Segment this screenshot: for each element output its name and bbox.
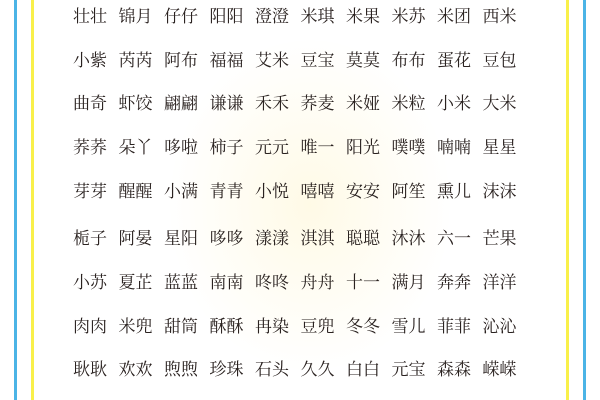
name-item: 咚咚: [255, 271, 301, 295]
name-item: 熏儿: [437, 180, 483, 204]
name-item: 壮壮: [73, 5, 119, 29]
name-item: 哆哆: [210, 227, 256, 251]
name-item: 嵘嵘: [483, 358, 529, 382]
name-item: 洋洋: [483, 271, 529, 295]
name-item: 柿子: [210, 136, 256, 160]
name-item: 沫沫: [483, 180, 529, 204]
name-item: 米果: [346, 5, 392, 29]
name-item: 米娅: [346, 92, 392, 116]
name-item: 唯一: [301, 136, 347, 160]
name-item: 米苏: [392, 5, 438, 29]
name-item: 豆兜: [301, 315, 347, 339]
name-item: 荞麦: [301, 92, 347, 116]
name-item: 哆啦: [164, 136, 210, 160]
name-row: 耿耿欢欢煦煦珍珠石头久久白白元宝森森嵘嵘: [73, 358, 528, 382]
name-item: 芽芽: [73, 180, 119, 204]
name-item: 豆包: [483, 49, 529, 73]
name-item: 十一: [346, 271, 392, 295]
name-row: 小紫芮芮阿布福福艾米豆宝莫莫布布蛋花豆包: [73, 49, 528, 73]
name-item: 布布: [392, 49, 438, 73]
name-item: 喃喃: [437, 136, 483, 160]
name-item: 久久: [301, 358, 347, 382]
name-item: 舟舟: [301, 271, 347, 295]
name-item: 豆宝: [301, 49, 347, 73]
name-item: 元宝: [392, 358, 438, 382]
name-item: 芒果: [483, 227, 529, 251]
name-item: 森森: [437, 358, 483, 382]
name-item: 聪聪: [346, 227, 392, 251]
name-item: 虾饺: [119, 92, 165, 116]
name-item: 耿耿: [73, 358, 119, 382]
name-item: 大米: [483, 92, 529, 116]
name-item: 芮芮: [119, 49, 165, 73]
right-yellow-border: [566, 0, 569, 400]
name-item: 小满: [164, 180, 210, 204]
name-item: 欢欢: [119, 358, 165, 382]
name-row: 曲奇虾饺翩翩谦谦禾禾荞麦米娅米粒小米大米: [73, 92, 528, 116]
name-item: 阿笙: [392, 180, 438, 204]
name-item: 醒醒: [119, 180, 165, 204]
name-item: 荞荞: [73, 136, 119, 160]
name-item: 锦月: [119, 5, 165, 29]
name-item: 沁沁: [483, 315, 529, 339]
name-item: 元元: [255, 136, 301, 160]
name-item: 米兜: [119, 315, 165, 339]
name-item: 米琪: [301, 5, 347, 29]
name-item: 米团: [437, 5, 483, 29]
name-item: 青青: [210, 180, 256, 204]
name-item: 噗噗: [392, 136, 438, 160]
name-item: 漾漾: [255, 227, 301, 251]
name-item: 莫莫: [346, 49, 392, 73]
name-item: 星星: [483, 136, 529, 160]
name-item: 艾米: [255, 49, 301, 73]
name-item: 小紫: [73, 49, 119, 73]
name-item: 满月: [392, 271, 438, 295]
name-item: 珍珠: [210, 358, 256, 382]
name-item: 阿布: [164, 49, 210, 73]
name-item: 蛋花: [437, 49, 483, 73]
name-item: 福福: [210, 49, 256, 73]
name-row: 肉肉米兜甜筒酥酥冉染豆兜冬冬雪儿菲菲沁沁: [73, 315, 528, 339]
name-item: 煦煦: [164, 358, 210, 382]
name-item: 小米: [437, 92, 483, 116]
name-item: 嘻嘻: [301, 180, 347, 204]
name-item: 蓝蓝: [164, 271, 210, 295]
name-item: 小悦: [255, 180, 301, 204]
name-item: 雪儿: [392, 315, 438, 339]
name-item: 石头: [255, 358, 301, 382]
name-item: 淇淇: [301, 227, 347, 251]
name-item: 阳光: [346, 136, 392, 160]
name-row: 芽芽醒醒小满青青小悦嘻嘻安安阿笙熏儿沫沫: [73, 180, 528, 204]
name-item: 六一: [437, 227, 483, 251]
name-item: 小苏: [73, 271, 119, 295]
name-item: 安安: [346, 180, 392, 204]
name-item: 南南: [210, 271, 256, 295]
name-item: 菲菲: [437, 315, 483, 339]
name-item: 澄澄: [255, 5, 301, 29]
name-row: 壮壮锦月仔仔阳阳澄澄米琪米果米苏米团西米: [73, 5, 528, 29]
name-item: 谦谦: [210, 92, 256, 116]
name-item: 冉染: [255, 315, 301, 339]
name-item: 星阳: [164, 227, 210, 251]
name-item: 朵丫: [119, 136, 165, 160]
name-item: 阿晏: [119, 227, 165, 251]
name-row: 小苏夏芷蓝蓝南南咚咚舟舟十一满月奔奔洋洋: [73, 271, 528, 295]
name-item: 肉肉: [73, 315, 119, 339]
left-blue-border: [14, 0, 17, 400]
name-item: 米粒: [392, 92, 438, 116]
name-item: 禾禾: [255, 92, 301, 116]
name-item: 沐沐: [392, 227, 438, 251]
name-row: 栀子阿晏星阳哆哆漾漾淇淇聪聪沐沐六一芒果: [73, 227, 528, 251]
name-item: 栀子: [73, 227, 119, 251]
name-item: 白白: [346, 358, 392, 382]
name-item: 冬冬: [346, 315, 392, 339]
name-item: 奔奔: [437, 271, 483, 295]
name-list-page: 壮壮锦月仔仔阳阳澄澄米琪米果米苏米团西米 小紫芮芮阿布福福艾米豆宝莫莫布布蛋花豆…: [0, 0, 600, 400]
name-item: 酥酥: [210, 315, 256, 339]
name-item: 曲奇: [73, 92, 119, 116]
name-item: 甜筒: [164, 315, 210, 339]
name-item: 仔仔: [164, 5, 210, 29]
name-row: 荞荞朵丫哆啦柿子元元唯一阳光噗噗喃喃星星: [73, 136, 528, 160]
name-item: 西米: [483, 5, 529, 29]
name-item: 阳阳: [210, 5, 256, 29]
left-yellow-border: [31, 0, 34, 400]
name-item: 夏芷: [119, 271, 165, 295]
right-blue-border: [583, 0, 586, 400]
name-item: 翩翩: [164, 92, 210, 116]
